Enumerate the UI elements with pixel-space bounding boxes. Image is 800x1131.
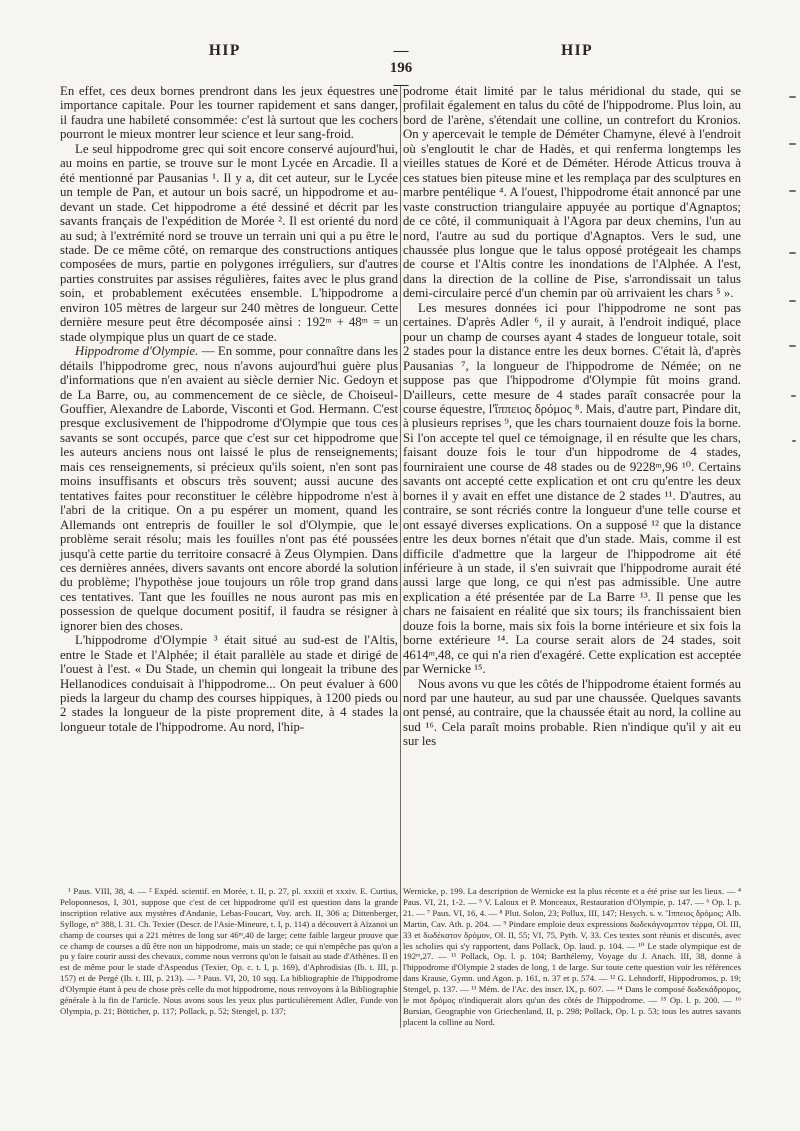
scan-artifact bbox=[789, 252, 796, 254]
paragraph: L'hippodrome d'Olympie ³ était situé au … bbox=[60, 633, 398, 734]
paragraph: Hippodrome d'Olympie. — En somme, pour c… bbox=[60, 344, 398, 633]
book-page: HIP — 196 — HIP En effet, ces deux borne… bbox=[0, 0, 800, 1131]
scan-artifact bbox=[791, 395, 796, 397]
paragraph: Nous avons vu que les côtés de l'hippodr… bbox=[403, 677, 741, 749]
paragraph-text: — En somme, pour connaître dans les déta… bbox=[60, 344, 398, 633]
scan-artifact bbox=[789, 300, 796, 302]
running-title-left: HIP bbox=[60, 42, 390, 60]
right-column-body: podrome était limité par le talus méridi… bbox=[403, 84, 741, 879]
running-title-right: HIP bbox=[412, 42, 742, 60]
paragraph: Les mesures données ici pour l'hippodrom… bbox=[403, 301, 741, 677]
column-divider bbox=[400, 86, 401, 1028]
paragraph-lead: Hippodrome d'Olympie. bbox=[75, 344, 198, 358]
scan-artifact bbox=[789, 345, 796, 347]
scan-artifact bbox=[792, 440, 796, 442]
scan-artifact bbox=[789, 143, 796, 145]
paragraph: Le seul hippodrome grec qui soit encore … bbox=[60, 142, 398, 344]
scan-artifact bbox=[789, 190, 796, 192]
footnotes-left: ¹ Paus. VIII, 38, 4. — ² Expéd. scientif… bbox=[60, 886, 398, 1017]
footnotes-right: Wernicke, p. 199. La description de Wern… bbox=[403, 886, 741, 1028]
page-content: En effet, ces deux bornes prendront dans… bbox=[60, 84, 741, 1028]
paragraph: En effet, ces deux bornes prendront dans… bbox=[60, 84, 398, 142]
scan-artifact bbox=[789, 96, 796, 98]
paragraph: podrome était limité par le talus méridi… bbox=[403, 84, 741, 301]
right-column: podrome était limité par le talus méridi… bbox=[403, 84, 741, 1028]
left-column-body: En effet, ces deux bornes prendront dans… bbox=[60, 84, 398, 879]
left-column: En effet, ces deux bornes prendront dans… bbox=[60, 84, 398, 1028]
